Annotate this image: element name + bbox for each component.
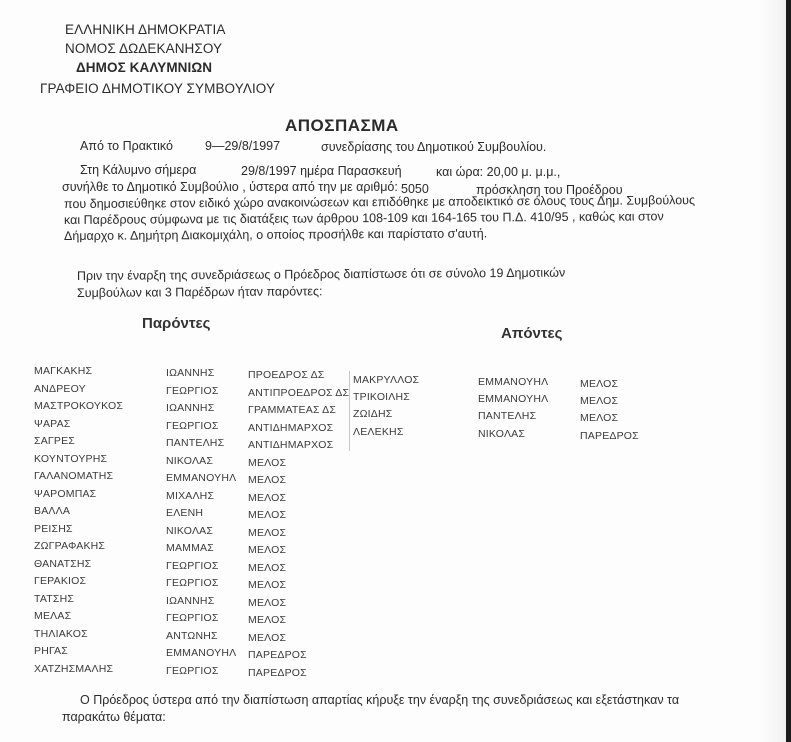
page-edge-shadow [760, 0, 786, 742]
header-office: ΓΡΑΦΕΙΟ ΔΗΜΟΤΙΚΟΥ ΣΥΜΒΟΥΛΙΟΥ [40, 81, 275, 96]
intro-time: και ώρα: 20,00 μ. μ.μ., [436, 165, 560, 179]
member-role: ΑΝΤΙΠΡΟΕΔΡΟΣ ΔΣ [248, 387, 349, 399]
member-surname: ΜΑΓΚΑΚΗΣ [34, 365, 92, 377]
member-surname: ΛΕΛΕΚΗΣ [353, 426, 404, 438]
quorum-line-2: Συμβούλων και 3 Παρέδρων ήταν παρόντες: [77, 284, 323, 300]
member-surname: ΨΑΡΑΣ [34, 418, 71, 430]
member-role: ΜΕΛΟΣ [248, 474, 286, 486]
member-surname: ΓΕΡΑΚΙΟΣ [34, 575, 86, 587]
member-name: ΙΩΑΝΝΗΣ [166, 402, 214, 414]
intro-line-5: Δήμαρχο κ. Δημήτρη Διακομιχάλη, ο οποίος… [64, 226, 487, 243]
member-role: ΜΕΛΟΣ [248, 544, 286, 556]
header-prefecture: ΝΟΜΟΣ ΔΩΔΕΚΑΝΗΣΟΥ [65, 41, 222, 56]
minutes-description: συνεδρίασης του Δημοτικού Συμβουλίου. [321, 140, 546, 154]
header-municipality: ΔΗΜΟΣ ΚΑΛΥΜΝΙΩΝ [76, 60, 212, 75]
scanner-border [786, 0, 791, 742]
member-role: ΜΕΛΟΣ [248, 492, 286, 504]
member-surname: ΜΑΣΤΡΟΚΟΥΚΟΣ [34, 400, 123, 412]
member-role: ΜΕΛΟΣ [248, 614, 286, 626]
member-surname: ΤΡΙΚΟΙΛΗΣ [353, 391, 410, 403]
member-name: ΠΑΝΤΕΛΗΣ [478, 410, 536, 422]
member-name: ΕΛΕΝΗ [166, 507, 203, 519]
member-name: ΓΕΩΡΓΙΟΣ [166, 385, 219, 397]
member-name: ΕΜΜΑΝΟΥΗΛ [478, 376, 548, 388]
member-name: ΠΑΝΤΕΛΗΣ [166, 437, 224, 449]
member-role: ΜΕΛΟΣ [248, 579, 286, 591]
member-surname: ΨΑΡΟΜΠΑΣ [34, 488, 96, 500]
member-name: ΓΕΩΡΓΙΟΣ [166, 420, 219, 432]
member-surname: ΤΑΤΣΗΣ [34, 593, 74, 605]
member-role: ΜΕΛΟΣ [580, 378, 618, 390]
member-surname: ΘΑΝΑΤΣΗΣ [34, 558, 91, 570]
member-name: ΓΕΩΡΓΙΟΣ [166, 665, 219, 677]
intro-convened: συνήλθε το Δημοτικό Συμβούλιο , ύστερα α… [62, 180, 398, 194]
member-surname: ΖΩΓΡΑΦΑΚΗΣ [34, 540, 105, 552]
member-surname: ΡΕΙΣΗΣ [34, 523, 73, 535]
member-role: ΠΑΡΕΔΡΟΣ [580, 430, 639, 442]
closing-line-1: Ο Πρόεδρος ύστερα από την διαπίστωση απα… [80, 693, 679, 707]
member-role: ΜΕΛΟΣ [248, 632, 286, 644]
member-role: ΜΕΛΟΣ [580, 412, 618, 424]
member-surname: ΖΩΙΔΗΣ [353, 408, 392, 420]
member-surname: ΤΗΛΙΑΚΟΣ [34, 628, 88, 640]
member-role: ΜΕΛΟΣ [248, 597, 286, 609]
member-name: ΙΩΑΝΝΗΣ [166, 367, 214, 379]
document-page [0, 0, 786, 742]
member-role: ΜΕΛΟΣ [248, 457, 286, 469]
member-name: ΝΙΚΟΛΑΣ [166, 525, 213, 537]
member-surname: ΒΑΛΛΑ [34, 505, 70, 517]
member-role: ΠΑΡΕΔΡΟΣ [248, 649, 307, 661]
member-name: ΕΜΜΑΝΟΥΗΛ [166, 472, 236, 484]
member-role: ΠΡΟΕΔΡΟΣ ΔΣ [248, 369, 324, 381]
member-name: ΕΜΜΑΝΟΥΗΛ [478, 393, 548, 405]
member-surname: ΜΑΚΡΥΛΛΟΣ [353, 374, 419, 386]
member-name: ΜΑΜΜΑΣ [166, 542, 214, 554]
member-name: ΕΜΜΑΝΟΥΗΛ [166, 647, 236, 659]
member-role: ΜΕΛΟΣ [248, 509, 286, 521]
member-surname: ΜΕΛΑΣ [34, 610, 71, 622]
member-surname: ΡΗΓΑΣ [34, 645, 68, 657]
member-role: ΜΕΛΟΣ [580, 395, 618, 407]
member-name: ΓΕΩΡΓΙΟΣ [166, 612, 219, 624]
member-name: ΓΕΩΡΓΙΟΣ [166, 577, 219, 589]
member-surname: ΚΟΥΝΤΟΥΡΗΣ [34, 453, 107, 465]
member-role: ΜΕΛΟΣ [248, 562, 286, 574]
document-title: ΑΠΟΣΠΑΣΜΑ [285, 116, 399, 136]
member-role: ΠΑΡΕΔΡΟΣ [248, 667, 307, 679]
member-name: ΑΝΤΩΝΗΣ [166, 630, 218, 642]
minutes-number: 9—29/8/1997 [205, 139, 280, 153]
member-role: ΜΕΛΟΣ [248, 527, 286, 539]
member-name: ΝΙΚΟΛΑΣ [478, 428, 525, 440]
minutes-label: Από το Πρακτικό [80, 139, 173, 153]
member-surname: ΓΑΛΑΝΟΜΑΤΗΣ [34, 470, 113, 482]
member-surname: ΧΑΤΖΗΣΜΑΛΗΣ [34, 663, 113, 675]
intro-place: Στη Κάλυμνο σήμερα [80, 163, 196, 177]
member-role: ΓΡΑΜΜΑΤΕΑΣ ΔΣ [248, 404, 336, 416]
member-name: ΙΩΑΝΝΗΣ [166, 595, 214, 607]
header-country: ΕΛΛΗΝΙΚΗ ΔΗΜΟΚΡΑΤΙΑ [65, 22, 225, 37]
member-role: ΑΝΤΙΔΗΜΑΡΧΟΣ [248, 422, 333, 434]
column-divider [349, 371, 350, 451]
intro-date-day: 29/8/1997 ημέρα Παρασκευή [241, 164, 402, 178]
member-surname: ΑΝΔΡΕΟΥ [34, 383, 86, 395]
member-name: ΓΕΩΡΓΙΟΣ [166, 560, 219, 572]
member-name: ΝΙΚΟΛΑΣ [166, 455, 213, 467]
closing-line-2: παρακάτω θέματα: [62, 710, 166, 724]
present-heading: Παρόντες [142, 315, 210, 332]
absent-heading: Απόντες [501, 325, 562, 342]
member-name: ΜΙΧΑΛΗΣ [166, 490, 214, 502]
member-surname: ΣΑΓΡΕΣ [34, 435, 75, 447]
member-role: ΑΝΤΙΔΗΜΑΡΧΟΣ [248, 439, 333, 451]
